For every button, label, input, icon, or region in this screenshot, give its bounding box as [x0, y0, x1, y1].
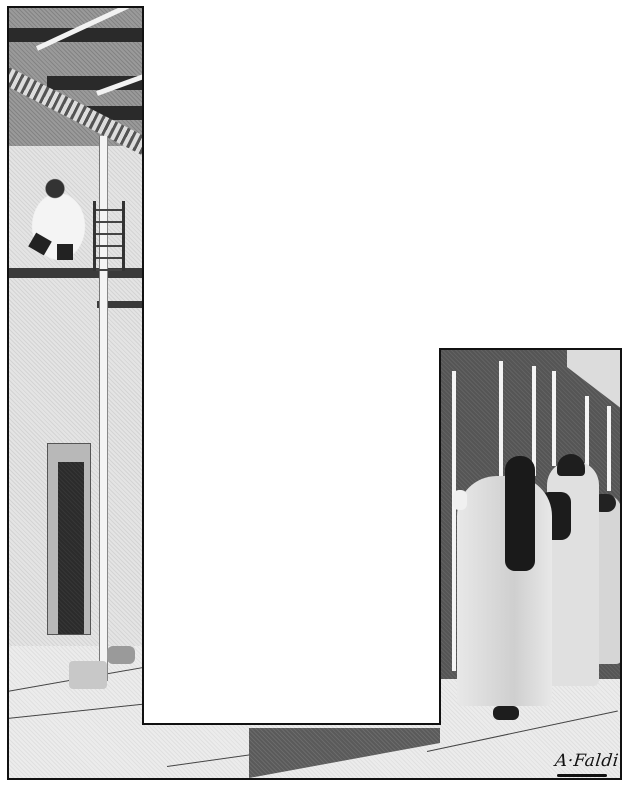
seated-figure: [27, 178, 97, 266]
illustration-artwork: [7, 6, 622, 780]
bucket: [107, 646, 135, 664]
palisade-highlight: [452, 371, 456, 671]
boot: [57, 244, 73, 260]
doorway-shadow: [58, 462, 84, 634]
artist-signature: A·Faldi: [554, 751, 620, 771]
shoe: [493, 706, 519, 720]
ceiling-beam: [7, 28, 187, 42]
pole-base-stone: [69, 661, 107, 689]
doorway: [47, 443, 91, 635]
illustration-frame: A·Faldi: [7, 6, 622, 780]
boot: [28, 233, 52, 256]
palisade-highlight: [552, 371, 556, 466]
palisade-highlight: [532, 366, 536, 476]
palisade-highlight: [607, 406, 611, 491]
raised-hand: [453, 490, 467, 510]
nun-veil: [505, 456, 535, 571]
chair: [93, 201, 125, 271]
palisade-highlight: [499, 361, 503, 491]
signature-underline: [557, 774, 607, 777]
nun-veil: [557, 454, 585, 476]
